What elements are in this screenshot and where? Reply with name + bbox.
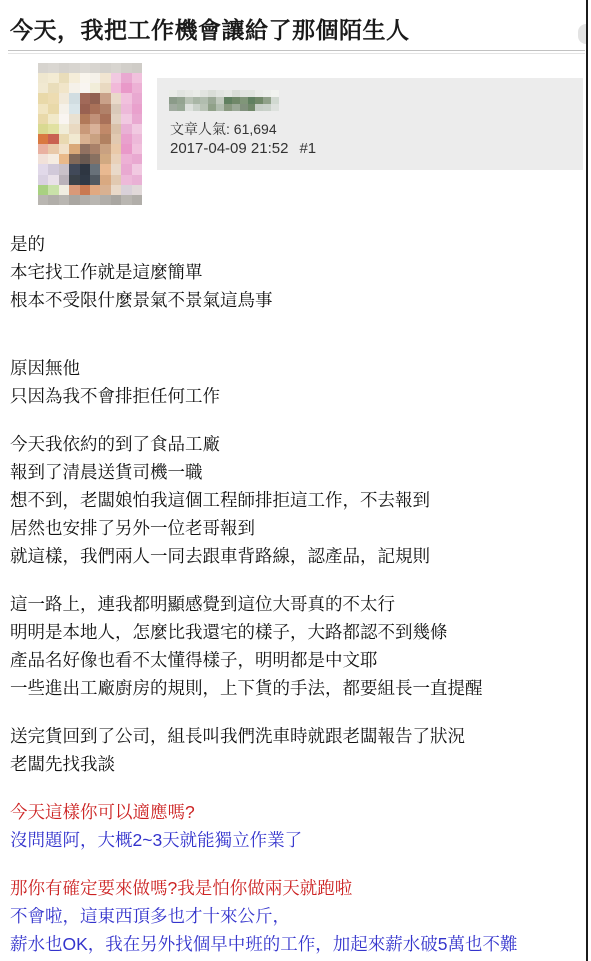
mosaic-pixel	[100, 124, 110, 134]
mosaic-pixel	[59, 195, 69, 205]
mosaic-pixel	[48, 114, 58, 124]
mosaic-pixel	[80, 104, 90, 114]
mosaic-pixel	[48, 93, 58, 103]
mosaic-pixel	[69, 63, 79, 73]
mosaic-pixel	[232, 104, 240, 111]
mosaic-pixel	[80, 185, 90, 195]
mosaic-pixel	[38, 93, 48, 103]
mosaic-pixel	[80, 195, 90, 205]
mosaic-pixel	[216, 90, 224, 97]
username-link-blurred[interactable]	[169, 90, 279, 111]
mosaic-pixel	[59, 185, 69, 195]
post-text-line: 居然也安排了另外一位老哥報到	[10, 514, 587, 542]
mosaic-pixel	[132, 104, 142, 114]
mosaic-pixel	[263, 104, 271, 111]
mosaic-pixel	[69, 164, 79, 174]
blank-line	[10, 570, 587, 590]
mosaic-pixel	[121, 93, 131, 103]
mosaic-pixel	[111, 104, 121, 114]
post-text-line: 沒問題阿，大概2~3天就能獨立作業了	[10, 826, 587, 854]
mosaic-pixel	[111, 195, 121, 205]
mosaic-pixel	[121, 154, 131, 164]
mosaic-pixel	[111, 63, 121, 73]
post-date-line: 2017-04-09 21:52#1	[170, 140, 316, 157]
mosaic-pixel	[100, 175, 110, 185]
mosaic-pixel	[90, 185, 100, 195]
post-meta-box: 文章人氣: 61,694 2017-04-09 21:52#1	[157, 78, 583, 170]
mosaic-pixel	[111, 134, 121, 144]
mosaic-pixel	[59, 144, 69, 154]
post-text-line: 薪水也OK，我在另外找個早中班的工作，加起來薪水破5萬也不難	[10, 930, 587, 958]
mosaic-pixel	[132, 114, 142, 124]
mosaic-pixel	[38, 164, 48, 174]
mosaic-pixel	[271, 97, 279, 104]
post-text-line: 就這樣，我們兩人一同去跟車背路線，認產品，記規則	[10, 542, 587, 570]
mosaic-pixel	[69, 154, 79, 164]
mosaic-pixel	[121, 175, 131, 185]
mosaic-pixel	[69, 185, 79, 195]
mosaic-pixel	[121, 195, 131, 205]
mosaic-pixel	[185, 97, 193, 104]
mosaic-pixel	[248, 90, 256, 97]
mosaic-pixel	[38, 83, 48, 93]
mosaic-pixel	[90, 93, 100, 103]
mosaic-pixel	[69, 83, 79, 93]
mosaic-pixel	[38, 124, 48, 134]
mosaic-pixel	[38, 144, 48, 154]
mosaic-pixel	[111, 83, 121, 93]
mosaic-pixel	[38, 104, 48, 114]
mosaic-pixel	[132, 63, 142, 73]
post-text-line: 不會啦，這東西頂多也才十來公斤，	[10, 902, 587, 930]
mosaic-pixel	[263, 90, 271, 97]
mosaic-pixel	[185, 90, 193, 97]
mosaic-pixel	[69, 195, 79, 205]
mosaic-pixel	[90, 164, 100, 174]
mosaic-pixel	[80, 175, 90, 185]
mosaic-pixel	[169, 97, 177, 104]
mosaic-pixel	[100, 93, 110, 103]
mosaic-pixel	[59, 104, 69, 114]
mosaic-pixel	[59, 63, 69, 73]
mosaic-pixel	[121, 185, 131, 195]
post-views-value: 61,694	[234, 121, 277, 137]
avatar[interactable]	[38, 63, 142, 205]
mosaic-pixel	[90, 134, 100, 144]
mosaic-pixel	[80, 63, 90, 73]
mosaic-pixel	[69, 144, 79, 154]
page-title: 今天，我把工作機會讓給了那個陌生人	[10, 12, 579, 45]
post-text-line: 今天我依約的到了食品工廠	[10, 430, 587, 458]
mosaic-pixel	[132, 164, 142, 174]
mosaic-pixel	[111, 124, 121, 134]
mosaic-pixel	[100, 195, 110, 205]
mosaic-pixel	[111, 73, 121, 83]
mosaic-pixel	[100, 144, 110, 154]
mosaic-pixel	[111, 185, 121, 195]
mosaic-pixel	[208, 90, 216, 97]
post-text-line: 本宅找工作就是這麼簡單	[10, 258, 587, 286]
post-body: 是的本宅找工作就是這麼簡單根本不受限什麼景氣不景氣這鳥事 原因無他只因為我不會排…	[10, 230, 587, 958]
mosaic-pixel	[200, 90, 208, 97]
mosaic-pixel	[132, 93, 142, 103]
mosaic-pixel	[48, 134, 58, 144]
post-text-line: 根本不受限什麼景氣不景氣這鳥事	[10, 286, 587, 314]
post-text-line: 一些進出工廠廚房的規則，上下貨的手法，都要組長一直提醒	[10, 674, 587, 702]
mosaic-pixel	[48, 73, 58, 83]
blank-line	[10, 778, 587, 798]
mosaic-pixel	[80, 93, 90, 103]
post-text-line: 今天這樣你可以適應嗎?	[10, 798, 587, 826]
mosaic-pixel	[111, 144, 121, 154]
mosaic-pixel	[100, 63, 110, 73]
mosaic-pixel	[193, 97, 201, 104]
mosaic-pixel	[111, 175, 121, 185]
mosaic-pixel	[38, 114, 48, 124]
mosaic-pixel	[48, 164, 58, 174]
mosaic-pixel	[69, 124, 79, 134]
blank-line	[10, 702, 587, 722]
mosaic-pixel	[208, 97, 216, 104]
mosaic-pixel	[48, 185, 58, 195]
mosaic-pixel	[121, 164, 131, 174]
mosaic-pixel	[90, 73, 100, 83]
mosaic-pixel	[59, 124, 69, 134]
post-text-line: 產品名好像也看不太懂得樣子，明明都是中文耶	[10, 646, 587, 674]
mosaic-pixel	[240, 97, 248, 104]
mosaic-pixel	[255, 97, 263, 104]
mosaic-pixel	[69, 175, 79, 185]
title-divider	[8, 50, 585, 54]
mosaic-pixel	[100, 134, 110, 144]
mosaic-pixel	[48, 144, 58, 154]
mosaic-pixel	[132, 73, 142, 83]
forum-post-page: { "page": { "background": "#ffffff", "ri…	[0, 0, 591, 961]
mosaic-pixel	[90, 124, 100, 134]
post-text-line: 原因無他	[10, 354, 587, 382]
mosaic-pixel	[255, 90, 263, 97]
post-text-line: 送完貨回到了公司，組長叫我們洗車時就跟老闆報告了狀況	[10, 722, 587, 750]
mosaic-pixel	[48, 63, 58, 73]
post-views-label: 文章人氣:	[170, 121, 230, 137]
mosaic-pixel	[69, 134, 79, 144]
mosaic-pixel	[100, 164, 110, 174]
mosaic-pixel	[216, 104, 224, 111]
mosaic-pixel	[69, 73, 79, 83]
mosaic-pixel	[48, 154, 58, 164]
right-edge-decoration	[578, 24, 586, 44]
mosaic-pixel	[132, 144, 142, 154]
mosaic-pixel	[48, 175, 58, 185]
mosaic-pixel	[80, 164, 90, 174]
mosaic-pixel	[48, 83, 58, 93]
mosaic-pixel	[80, 124, 90, 134]
blank-line	[10, 410, 587, 430]
mosaic-pixel	[193, 104, 201, 111]
mosaic-pixel	[100, 154, 110, 164]
post-text-line: 是的	[10, 230, 587, 258]
mosaic-pixel	[59, 93, 69, 103]
mosaic-pixel	[121, 124, 131, 134]
mosaic-pixel	[48, 104, 58, 114]
mosaic-pixel	[216, 97, 224, 104]
mosaic-pixel	[111, 164, 121, 174]
mosaic-pixel	[59, 164, 69, 174]
page-right-border	[586, 0, 588, 961]
mosaic-pixel	[132, 124, 142, 134]
mosaic-pixel	[121, 134, 131, 144]
mosaic-pixel	[38, 195, 48, 205]
post-text-line: 這一路上，連我都明顯感覺到這位大哥真的不太行	[10, 590, 587, 618]
post-text-line: 想不到，老闆娘怕我這個工程師排拒這工作，不去報到	[10, 486, 587, 514]
mosaic-pixel	[80, 83, 90, 93]
mosaic-pixel	[121, 63, 131, 73]
mosaic-pixel	[271, 90, 279, 97]
post-text-line: 明明是本地人，怎麼比我還宅的樣子，大路都認不到幾條	[10, 618, 587, 646]
mosaic-pixel	[248, 97, 256, 104]
mosaic-pixel	[169, 104, 177, 111]
mosaic-pixel	[38, 154, 48, 164]
mosaic-pixel	[185, 104, 193, 111]
mosaic-pixel	[111, 93, 121, 103]
mosaic-pixel	[132, 175, 142, 185]
mosaic-pixel	[80, 73, 90, 83]
mosaic-pixel	[90, 144, 100, 154]
mosaic-pixel	[48, 195, 58, 205]
mosaic-pixel	[38, 175, 48, 185]
mosaic-pixel	[100, 73, 110, 83]
mosaic-pixel	[224, 97, 232, 104]
mosaic-pixel	[177, 90, 185, 97]
mosaic-pixel	[80, 114, 90, 124]
mosaic-pixel	[59, 175, 69, 185]
mosaic-pixel	[69, 104, 79, 114]
mosaic-pixel	[100, 114, 110, 124]
mosaic-pixel	[121, 114, 131, 124]
mosaic-pixel	[232, 90, 240, 97]
mosaic-pixel	[100, 104, 110, 114]
floor-number-link[interactable]: #1	[299, 140, 316, 157]
mosaic-pixel	[100, 185, 110, 195]
mosaic-pixel	[248, 104, 256, 111]
mosaic-pixel	[90, 114, 100, 124]
blank-line	[10, 854, 587, 874]
post-text-line: 老闆先找我談	[10, 750, 587, 778]
mosaic-pixel	[121, 83, 131, 93]
mosaic-pixel	[208, 104, 216, 111]
mosaic-pixel	[132, 83, 142, 93]
mosaic-pixel	[224, 90, 232, 97]
post-timestamp: 2017-04-09 21:52	[170, 140, 288, 157]
mosaic-pixel	[59, 134, 69, 144]
mosaic-pixel	[90, 83, 100, 93]
post-text-line: 那你有確定要來做嗎?我是怕你做兩天就跑啦	[10, 874, 587, 902]
blank-line	[10, 334, 587, 354]
mosaic-pixel	[121, 144, 131, 154]
mosaic-pixel	[121, 104, 131, 114]
mosaic-pixel	[48, 124, 58, 134]
mosaic-pixel	[80, 154, 90, 164]
mosaic-pixel	[90, 104, 100, 114]
mosaic-pixel	[59, 114, 69, 124]
mosaic-pixel	[90, 154, 100, 164]
mosaic-pixel	[59, 73, 69, 83]
mosaic-pixel	[169, 90, 177, 97]
mosaic-pixel	[232, 97, 240, 104]
mosaic-pixel	[132, 134, 142, 144]
mosaic-pixel	[59, 154, 69, 164]
mosaic-pixel	[177, 97, 185, 104]
mosaic-pixel	[200, 104, 208, 111]
mosaic-pixel	[38, 134, 48, 144]
mosaic-pixel	[111, 154, 121, 164]
mosaic-pixel	[90, 195, 100, 205]
mosaic-pixel	[38, 73, 48, 83]
mosaic-pixel	[38, 185, 48, 195]
mosaic-pixel	[69, 114, 79, 124]
mosaic-pixel	[59, 83, 69, 93]
mosaic-pixel	[132, 185, 142, 195]
mosaic-pixel	[69, 93, 79, 103]
mosaic-pixel	[132, 154, 142, 164]
mosaic-pixel	[38, 63, 48, 73]
mosaic-pixel	[111, 114, 121, 124]
mosaic-pixel	[193, 90, 201, 97]
post-views: 文章人氣: 61,694	[170, 119, 277, 139]
blank-line	[10, 314, 587, 334]
mosaic-pixel	[200, 97, 208, 104]
mosaic-pixel	[80, 134, 90, 144]
mosaic-pixel	[80, 144, 90, 154]
mosaic-pixel	[224, 104, 232, 111]
mosaic-pixel	[263, 97, 271, 104]
mosaic-pixel	[90, 175, 100, 185]
post-text-line: 報到了清晨送貨司機一職	[10, 458, 587, 486]
mosaic-pixel	[121, 73, 131, 83]
mosaic-pixel	[132, 195, 142, 205]
mosaic-pixel	[240, 104, 248, 111]
mosaic-pixel	[90, 63, 100, 73]
mosaic-pixel	[240, 90, 248, 97]
mosaic-pixel	[177, 104, 185, 111]
mosaic-pixel	[271, 104, 279, 111]
post-text-line: 只因為我不會排拒任何工作	[10, 382, 587, 410]
mosaic-pixel	[100, 83, 110, 93]
mosaic-pixel	[255, 104, 263, 111]
